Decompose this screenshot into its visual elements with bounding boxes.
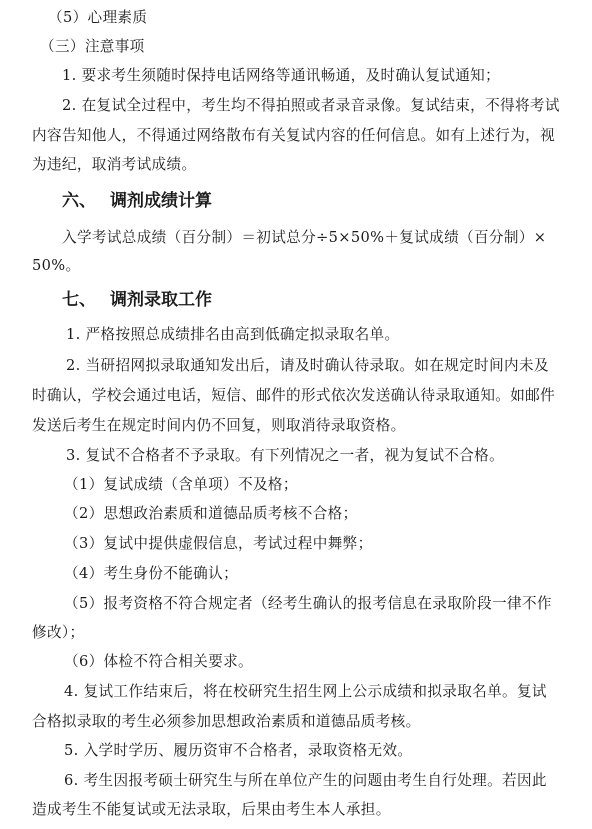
formula-line-2: 50%。: [32, 256, 564, 276]
section-heading-admission-work: 七、调剂录取工作: [62, 289, 212, 311]
section-number: 六、: [62, 190, 110, 212]
paragraph-notice-2-line-2: 内容告知他人，不得通过网络散布有关复试内容的任何信息。如有上述行为，视: [32, 126, 564, 146]
admission-item-1: 1. 严格按照总成绩排名由高到低确定拟录取名单。: [66, 325, 592, 345]
disqualify-item-4: （4）考生身份不能确认；: [64, 564, 592, 584]
admission-item-4-line-2: 合格拟录取的考生必须参加思想政治素质和道德品质考核。: [32, 712, 564, 732]
formula-line-1: 入学考试总成绩（百分制）＝初试总分÷5×50%＋复试成绩（百分制）×: [62, 228, 592, 248]
admission-item-5: 5. 入学时学历、履历资审不合格者，录取资格无效。: [64, 741, 592, 761]
admission-item-2-line-3: 发送后考生在规定时间内仍不回复，则取消待录取资格。: [32, 416, 564, 436]
admission-item-6-line-1: 6. 考生因报考硕士研究生与所在单位产生的问题由考生自行处理。若因此: [64, 771, 592, 791]
admission-item-2-line-2: 时确认，学校会通过电话，短信、邮件的形式依次发送确认待录取通知。如邮件: [32, 386, 564, 406]
admission-item-4-line-1: 4. 复试工作结束后，将在校研究生招生网上公示成绩和拟录取名单。复试: [64, 682, 592, 702]
paragraph-notice-1: 1. 要求考生须随时保持电话网络等通讯畅通，及时确认复试通知；: [62, 66, 592, 86]
document-page: （5）心理素质 （三）注意事项 1. 要求考生须随时保持电话网络等通讯畅通，及时…: [0, 0, 592, 829]
section-title: 调剂录取工作: [110, 290, 212, 310]
section-heading-score-calculation: 六、调剂成绩计算: [62, 190, 212, 212]
admission-item-3: 3. 复试不合格者不予录取。有下列情况之一者，视为复试不合格。: [66, 446, 592, 466]
disqualify-item-3: （3）复试中提供虚假信息，考试过程中舞弊；: [64, 534, 592, 554]
admission-item-2-line-1: 2. 当研招网拟录取通知发出后，请及时确认待录取。如在规定时间内未及: [66, 356, 592, 376]
disqualify-item-5-line-1: （5）报考资格不符合规定者（经考生确认的报考信息在录取阶段一律不作: [64, 594, 592, 614]
disqualify-item-1: （1）复试成绩（含单项）不及格；: [64, 475, 592, 495]
list-item-psychological-quality: （5）心理素质: [48, 8, 580, 28]
section-number: 七、: [62, 289, 110, 311]
section-title: 调剂成绩计算: [110, 191, 212, 211]
subsection-heading-notes: （三）注意事项: [40, 37, 572, 57]
disqualify-item-5-line-2: 修改）；: [32, 623, 564, 643]
disqualify-item-6: （6）体检不符合相关要求。: [64, 652, 592, 672]
paragraph-notice-2-line-1: 2. 在复试全过程中，考生均不得拍照或者录音录像。复试结束，不得将考试: [62, 96, 592, 116]
paragraph-notice-2-line-3: 为违纪，取消考试成绩。: [32, 155, 564, 175]
disqualify-item-2: （2）思想政治素质和道德品质考核不合格；: [64, 504, 592, 524]
admission-item-6-line-2: 造成考生不能复试或无法录取，后果由考生本人承担。: [32, 800, 564, 820]
